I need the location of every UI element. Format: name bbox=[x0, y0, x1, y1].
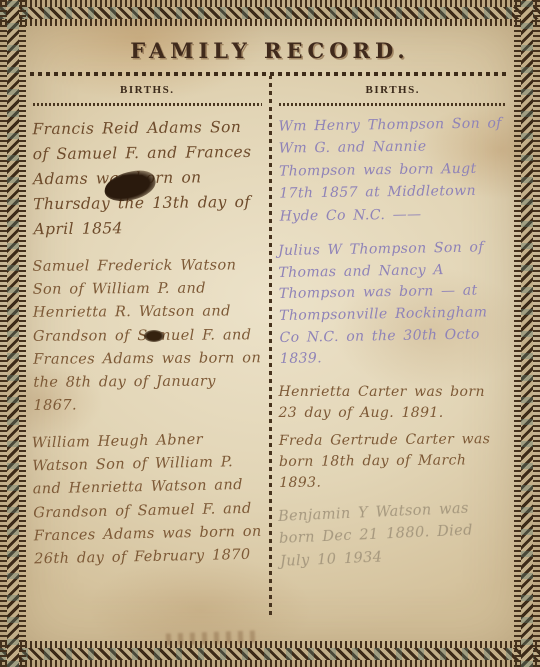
birth-entry-freda-gertrude-carter: Freda Gertrude Carter was born 18th day … bbox=[278, 429, 507, 494]
ornate-border-right bbox=[514, 0, 540, 667]
ornate-border-left bbox=[0, 0, 26, 667]
birth-entry-henrietta-carter: Henrietta Carter was born 23 day of Aug.… bbox=[279, 382, 508, 424]
births-column-left: BIRTHS. Francis Reid Adams Son of Samuel… bbox=[26, 76, 269, 641]
page-title: FAMILY RECORD. bbox=[26, 38, 514, 63]
border-fringe bbox=[0, 0, 540, 7]
ink-blot-small bbox=[144, 330, 164, 342]
border-fringe bbox=[0, 19, 540, 26]
border-fringe bbox=[0, 0, 7, 667]
births-column-right: BIRTHS. Wm Henry Thompson Son of Wm G. a… bbox=[272, 76, 515, 641]
border-fringe bbox=[0, 641, 540, 648]
border-chevron-braid bbox=[521, 0, 533, 667]
births-header-left: BIRTHS. bbox=[33, 84, 262, 96]
birth-entry-wm-henry-thompson: Wm Henry Thompson Son of Wm G. and Nanni… bbox=[278, 112, 508, 227]
border-fringe bbox=[19, 0, 26, 667]
ornate-border-top bbox=[0, 0, 540, 26]
border-fringe bbox=[0, 660, 540, 667]
birth-entry-william-heugh-abner-watson: William Heugh Abner Watson Son of Willia… bbox=[32, 427, 263, 571]
scanned-family-record-page: FAMILY RECORD. BIRTHS. Francis Reid Adam… bbox=[0, 0, 540, 667]
births-header-right: BIRTHS. bbox=[279, 84, 508, 96]
birth-entry-julius-w-thompson: Julius W Thompson Son of Thomas and Nanc… bbox=[277, 237, 508, 371]
ornate-border-bottom bbox=[0, 641, 540, 667]
header-rule-left bbox=[33, 103, 262, 106]
border-fringe bbox=[514, 0, 521, 667]
header-rule-right bbox=[279, 103, 508, 106]
birth-death-entry-benjamin-y-watson: Benjamin Y Watson was born Dec 21 1880. … bbox=[277, 496, 508, 573]
border-chevron-braid bbox=[7, 0, 19, 667]
record-columns: BIRTHS. Francis Reid Adams Son of Samuel… bbox=[26, 76, 514, 641]
page-content: FAMILY RECORD. BIRTHS. Francis Reid Adam… bbox=[26, 26, 514, 641]
border-fringe bbox=[533, 0, 540, 667]
border-chevron-braid bbox=[0, 648, 540, 660]
border-chevron-braid bbox=[0, 7, 540, 19]
